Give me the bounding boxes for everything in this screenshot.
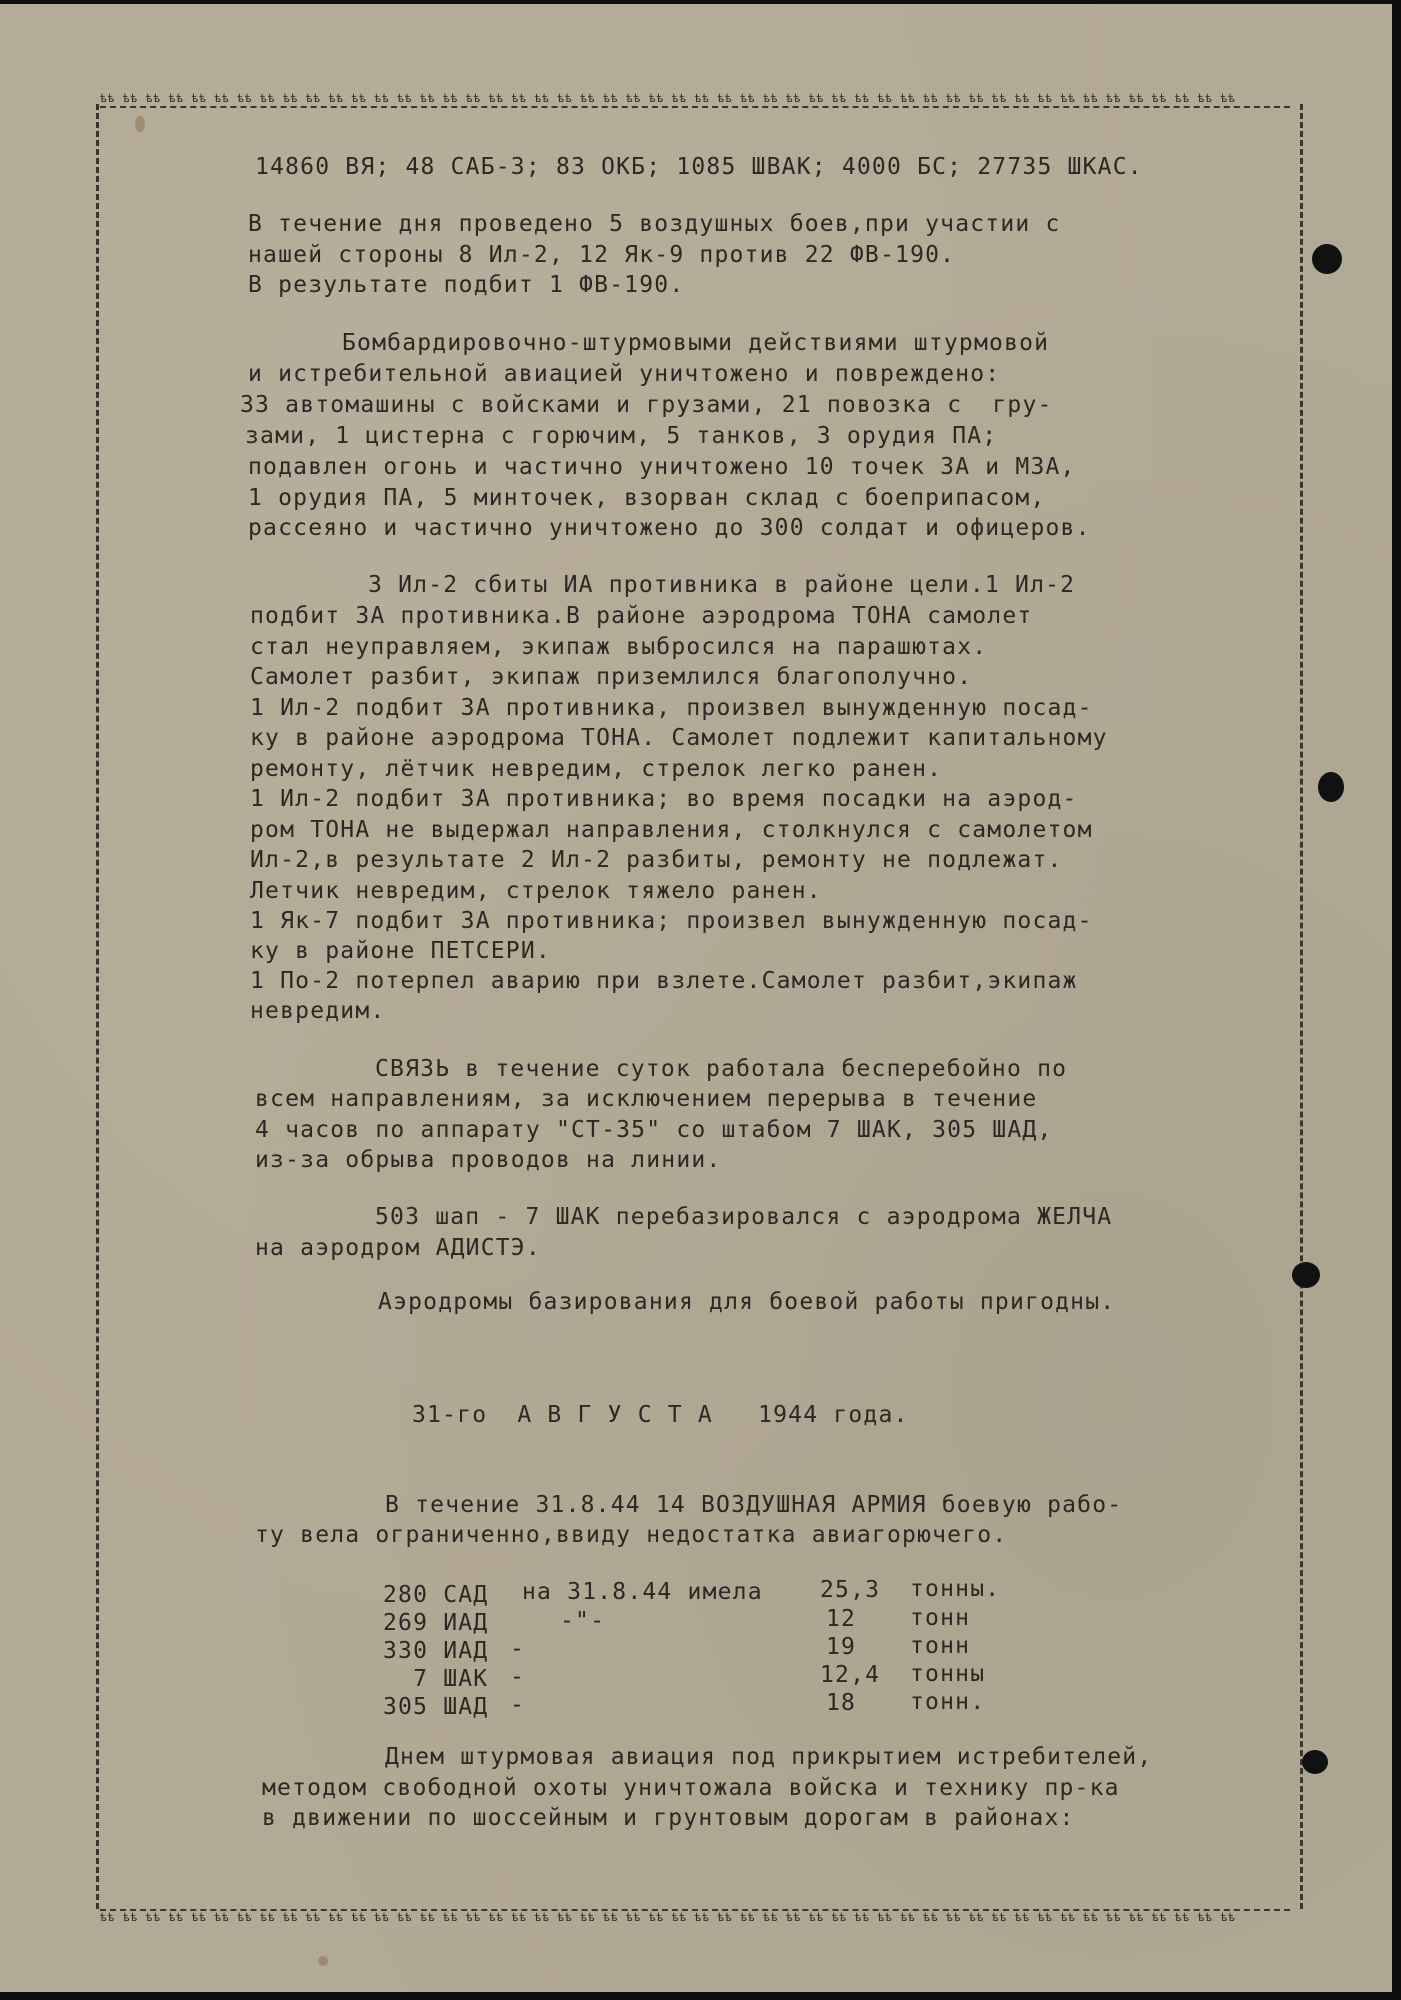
destroyed-line: подавлен огонь и частично уничтожено 10 … xyxy=(248,454,1076,480)
air-battles-line: нашей стороны 8 Ил-2, 12 Як-9 против 22 … xyxy=(248,242,955,268)
airfields-status: Аэродромы базирования для боевой работы … xyxy=(378,1289,1115,1315)
typed-border-right xyxy=(1300,104,1315,1909)
date-heading: 31-го А В Г У С Т А 1944 года. xyxy=(412,1402,909,1428)
fuel-note: - xyxy=(510,1692,525,1718)
fuel-unit: 305 ШАД xyxy=(383,1694,488,1720)
fuel-unit: 269 ИАД xyxy=(383,1610,488,1636)
day-ops-line: методом свободной охоты уничтожала войск… xyxy=(262,1775,1120,1801)
rebase-line: 503 шап - 7 ШАК перебазировался с аэродр… xyxy=(375,1204,1112,1230)
paper-sheet: ѣѣ ѣѣ ѣѣ ѣѣ ѣѣ ѣѣ ѣѣ ѣѣ ѣѣ ѣѣ ѣѣ ѣѣ ѣѣ ѣ… xyxy=(0,4,1392,1992)
fuel-amount: 12,4 xyxy=(820,1662,880,1688)
punch-hole xyxy=(1292,1262,1320,1288)
fuel-note: на 31.8.44 имела xyxy=(522,1579,763,1605)
destroyed-line: рассеяно и частично уничтожено до 300 со… xyxy=(248,515,1091,541)
ammo-summary: 14860 ВЯ; 48 САБ-3; 83 ОКБ; 1085 ШВАК; 4… xyxy=(255,154,1143,180)
fuel-unit: 330 ИАД xyxy=(383,1638,488,1664)
destroyed-line: 33 автомашины с войсками и грузами, 21 п… xyxy=(240,392,1053,418)
fuel-amount: 18 xyxy=(826,1690,856,1716)
losses-line: стал неуправляем, экипаж выбросился на п… xyxy=(250,634,987,660)
fuel-measure: тонн. xyxy=(910,1689,985,1715)
fuel-measure: тонн xyxy=(910,1605,970,1631)
fuel-note: -"- xyxy=(560,1608,605,1634)
fuel-note: - xyxy=(510,1664,525,1690)
losses-line: 1 Ил-2 подбит ЗА противника; во время по… xyxy=(250,786,1078,812)
losses-line: невредим. xyxy=(250,998,385,1024)
losses-line: ремонту, лётчик невредим, стрелок легко … xyxy=(250,756,942,782)
losses-line: 1 Як-7 подбит ЗА противника; произвел вы… xyxy=(250,908,1093,934)
fuel-unit: 280 САД xyxy=(383,1582,488,1608)
air-battles-line: В результате подбит 1 ФВ-190. xyxy=(248,272,684,298)
typed-border-left xyxy=(96,104,111,1909)
destroyed-line: Бомбардировочно-штурмовыми действиями шт… xyxy=(342,330,1049,356)
communications-line: всем направлениям, за исключением переры… xyxy=(255,1086,1037,1112)
fuel-measure: тонны xyxy=(910,1661,985,1687)
losses-line: 1 Ил-2 подбит ЗА противника, произвел вы… xyxy=(250,695,1093,721)
destroyed-line: зами, 1 цистерна с горючим, 5 танков, 3 … xyxy=(245,423,997,449)
fuel-unit: 7 ШАК xyxy=(383,1666,488,1692)
day-ops-line: Днем штурмовая авиация под прикрытием ис… xyxy=(385,1744,1152,1770)
destroyed-line: 1 орудия ПА, 5 минточек, взорван склад с… xyxy=(248,485,1046,511)
fuel-note: - xyxy=(510,1636,525,1662)
limited-ops-line: ту вела ограниченно,ввиду недостатка ави… xyxy=(255,1522,1007,1548)
communications-line: СВЯЗЬ в течение суток работала бесперебо… xyxy=(375,1056,1067,1082)
losses-line: ку в районе ПЕТСЕРИ. xyxy=(250,938,551,964)
paper-stain xyxy=(135,116,145,132)
fuel-amount: 25,3 xyxy=(820,1577,880,1603)
losses-line: ку в районе аэродрома ТОНА. Самолет подл… xyxy=(250,725,1108,751)
limited-ops-line: В течение 31.8.44 14 ВОЗДУШНАЯ АРМИЯ бое… xyxy=(385,1492,1122,1518)
rebase-line: на аэродром АДИСТЭ. xyxy=(255,1235,541,1261)
communications-line: 4 часов по аппарату "СТ-35" со штабом 7 … xyxy=(255,1117,1053,1143)
fuel-measure: тонн xyxy=(910,1633,970,1659)
punch-hole xyxy=(1302,1750,1328,1774)
communications-line: из-за обрыва проводов на линии. xyxy=(255,1147,721,1173)
paper-stain xyxy=(318,1956,328,1966)
typed-border-bottom: ѣѣ ѣѣ ѣѣ ѣѣ ѣѣ ѣѣ ѣѣ ѣѣ ѣѣ ѣѣ ѣѣ ѣѣ ѣѣ ѣ… xyxy=(100,1909,1290,1925)
losses-line: Летчик невредим, стрелок тяжело ранен. xyxy=(250,878,822,904)
losses-line: 3 Ил-2 сбиты ИА противника в районе цели… xyxy=(368,572,1075,598)
losses-line: Самолет разбит, экипаж приземлился благо… xyxy=(250,664,972,690)
losses-line: подбит ЗА противника.В районе аэродрома … xyxy=(250,603,1032,629)
air-battles-line: В течение дня проведено 5 воздушных боев… xyxy=(248,211,1061,237)
losses-line: ром ТОНА не выдержал направления, столкн… xyxy=(250,817,1093,843)
fuel-amount: 12 xyxy=(826,1606,856,1632)
fuel-amount: 19 xyxy=(826,1634,856,1660)
destroyed-line: и истребительной авиацией уничтожено и п… xyxy=(248,361,1000,387)
losses-line: 1 По-2 потерпел аварию при взлете.Самоле… xyxy=(250,968,1078,994)
punch-hole xyxy=(1312,244,1342,274)
punch-hole xyxy=(1318,772,1344,802)
typed-border-top: ѣѣ ѣѣ ѣѣ ѣѣ ѣѣ ѣѣ ѣѣ ѣѣ ѣѣ ѣѣ ѣѣ ѣѣ ѣѣ ѣ… xyxy=(100,92,1290,108)
fuel-measure: тонны. xyxy=(910,1576,1000,1602)
losses-line: Ил-2,в результате 2 Ил-2 разбиты, ремонт… xyxy=(250,847,1063,873)
day-ops-line: в движении по шоссейным и грунтовым доро… xyxy=(262,1805,1075,1831)
